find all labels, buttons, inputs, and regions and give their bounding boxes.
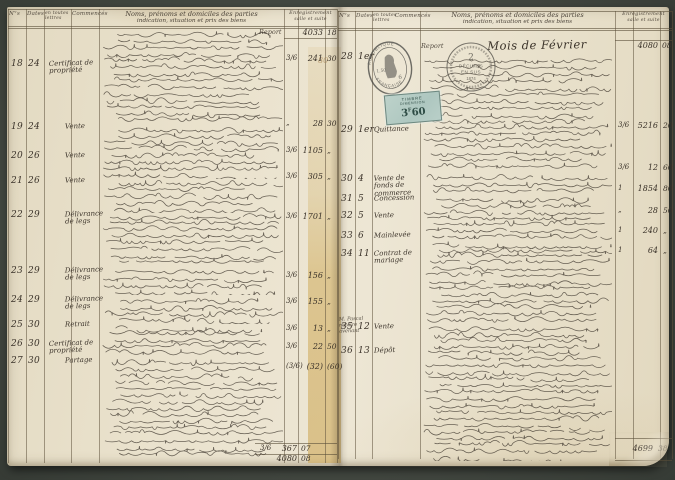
- register-paper: N°sDatesen toutes lettresCommencésN°sDat…: [7, 7, 669, 466]
- main-header-details: indication, situation et prix des biens: [420, 19, 615, 25]
- header-rule: [338, 30, 672, 31]
- total-centimes: 07: [301, 445, 311, 453]
- row-nature: Quittance: [374, 125, 418, 134]
- row-date: 24: [28, 123, 44, 132]
- decimes-stamp: 2 DÉCIMES EN SUS 1874: [445, 41, 497, 93]
- total-tarif: 3/6: [260, 445, 271, 452]
- entry-scribble: [101, 340, 283, 356]
- carry-francs: 4080: [267, 455, 297, 463]
- decimes-big: 2: [468, 53, 474, 63]
- entry-scribble: [101, 356, 283, 458]
- gutter-shadow: [330, 7, 348, 466]
- row-nature: Vente: [65, 151, 103, 160]
- row-nature: Contrat de mariage: [374, 249, 418, 265]
- amount-francs: 64: [633, 247, 658, 255]
- stamp-value-left: 1.50: [376, 67, 387, 74]
- dimension-stamp: TIMBRE DIMENSION 3F60: [384, 91, 442, 126]
- column-rule: [44, 9, 45, 463]
- row-nature: Délivrance de legs: [65, 210, 103, 226]
- row-nature: Délivrance de legs: [65, 295, 103, 311]
- col-header-no: N°s: [9, 12, 26, 18]
- row-date: 29: [28, 211, 44, 220]
- amount-tarif: 3/6: [286, 343, 297, 350]
- main-header-parties: Noms, prénoms et domiciles des parties: [420, 12, 615, 19]
- amount-francs: 13: [299, 325, 323, 333]
- entry-scribble: [101, 177, 283, 213]
- col-header-date: Dates: [27, 12, 44, 18]
- column-rule: [26, 9, 27, 463]
- row-date: 24: [28, 60, 44, 69]
- amount-francs: 1701: [299, 213, 323, 221]
- enreg-header: Enregistrement: [615, 12, 672, 17]
- amount-tarif: 3/6: [286, 272, 297, 279]
- row-number: 18: [11, 60, 26, 69]
- amount-tarif: 3/6: [618, 164, 629, 171]
- column-rule: [284, 9, 285, 463]
- row-number: 24: [11, 296, 26, 305]
- column-rule: [99, 9, 100, 463]
- row-date: 6: [358, 232, 374, 241]
- row-nature: Mainlevée: [374, 231, 418, 240]
- amount-tarif: 1: [618, 247, 622, 254]
- entry-scribble: [101, 266, 283, 295]
- amount-tarif: 3/6: [286, 325, 297, 332]
- amount-francs: 155: [299, 298, 323, 306]
- column-rule: [672, 11, 673, 459]
- row-number: 21: [11, 177, 26, 186]
- amount-centimes: 80: [663, 185, 673, 193]
- row-date: 26: [28, 177, 44, 186]
- amount-tarif: 3/6: [286, 298, 297, 305]
- row-nature: Certificat de propriété: [49, 339, 103, 356]
- entry-scribble: [101, 28, 283, 123]
- stamp-value-right: 6: [398, 75, 403, 81]
- row-date: 30: [28, 357, 44, 366]
- amount-francs: 156: [299, 272, 323, 280]
- entry-scribble: [422, 172, 612, 195]
- total-francs: 367: [273, 445, 297, 453]
- row-date: 13: [358, 347, 374, 356]
- row-date: 5: [358, 212, 374, 221]
- amount-francs: 5216: [633, 122, 658, 130]
- amount-centimes: „: [663, 227, 667, 235]
- row-number: 20: [11, 152, 26, 161]
- row-nature: Concession: [374, 194, 418, 203]
- main-header-details: indication, situation et prix des biens: [99, 18, 284, 24]
- amount-centimes: 50: [663, 207, 673, 215]
- decimes-line1: DÉCIMES: [459, 63, 483, 69]
- row-date: 29: [28, 267, 44, 276]
- amount-francs: 28: [633, 207, 658, 215]
- entry-scribble: [422, 120, 612, 169]
- column-rule: [298, 9, 299, 463]
- row-nature: Vente: [65, 122, 103, 131]
- report-centimes: 08: [662, 42, 672, 50]
- justice-figure-icon: [383, 54, 397, 79]
- entry-scribble: [101, 150, 283, 179]
- amount-francs: 1105: [299, 147, 323, 155]
- entry-scribble: [101, 295, 283, 324]
- report-label: Report: [421, 43, 444, 50]
- row-nature: Dépôt: [374, 346, 418, 355]
- carry-centimes: 08: [301, 455, 311, 463]
- row-nature: Retrait: [65, 320, 103, 329]
- header-rule: [8, 26, 337, 27]
- row-number: 19: [11, 123, 26, 132]
- amount-centimes: 60: [663, 164, 673, 172]
- amount-tarif: 1: [618, 185, 622, 192]
- amount-francs: 22: [299, 343, 323, 351]
- row-nature: Délivrance de legs: [65, 266, 103, 282]
- report-francs: 4033: [295, 29, 323, 37]
- row-nature: Vente: [374, 211, 418, 220]
- decimes-year: 1874: [466, 76, 476, 81]
- amount-tarif: „: [618, 207, 622, 214]
- entry-scribble: [422, 249, 612, 325]
- amount-tarif: 3/6: [286, 173, 297, 180]
- enreg-header-sub: salle et suite: [615, 19, 672, 24]
- amount-tarif: „: [286, 120, 290, 127]
- row-number: 22: [11, 211, 26, 220]
- column-rule: [8, 9, 9, 463]
- amount-francs: 28: [299, 120, 323, 128]
- row-date: 30: [28, 321, 44, 330]
- scanned-register-background: N°sDatesen toutes lettresCommencésN°sDat…: [0, 0, 675, 480]
- amount-tarif: 3/6: [286, 55, 297, 62]
- row-date: 11: [358, 250, 374, 259]
- row-date: 5: [358, 195, 374, 204]
- row-nature: Certificat de propriété: [49, 59, 103, 76]
- amount-francs: 1854: [633, 185, 658, 193]
- column-rule: [420, 11, 421, 459]
- amount-francs: 12: [633, 164, 658, 172]
- column-rule: [325, 9, 326, 463]
- amount-francs: 240: [633, 227, 658, 235]
- stamp-value-cents: 60: [411, 106, 426, 118]
- amount-tarif: 1: [618, 227, 622, 234]
- row-number: 23: [11, 267, 26, 276]
- row-date: 1er: [358, 126, 374, 135]
- col-header-nature: Commencés: [395, 14, 423, 20]
- col-header-date: Dates: [356, 14, 373, 20]
- row-date: 26: [28, 152, 44, 161]
- row-nature: Partage: [65, 356, 103, 365]
- amount-francs: 305: [299, 173, 323, 181]
- row-date: 4: [358, 175, 374, 184]
- entry-scribble: [422, 346, 612, 461]
- main-header-parties: Noms, prénoms et domiciles des parties: [99, 11, 284, 18]
- row-number: 26: [11, 340, 26, 349]
- row-number: 25: [11, 321, 26, 330]
- row-number: 27: [11, 357, 26, 366]
- header-rule: [338, 28, 672, 29]
- row-date: 29: [28, 296, 44, 305]
- report-francs: 4080: [631, 42, 658, 50]
- column-rule: [71, 9, 72, 463]
- amount-centimes: „: [663, 247, 667, 255]
- amount-tarif: 3/6: [286, 147, 297, 154]
- column-rule: [615, 11, 616, 459]
- column-rule: [660, 11, 661, 459]
- row-nature: Vente: [374, 322, 418, 331]
- col-header-lettres: en toutes lettres: [45, 12, 72, 22]
- row-nature: Vente: [65, 176, 103, 185]
- amount-centimes: 20: [663, 122, 673, 130]
- col-header-nature: Commencés: [72, 12, 100, 18]
- row-date: 30: [28, 340, 44, 349]
- entry-scribble: [101, 210, 283, 266]
- amount-tarif: 3/6: [286, 213, 297, 220]
- amount-francs: 241: [299, 55, 323, 63]
- entry-scribble: [101, 123, 283, 152]
- decimes-line2: EN SUS: [461, 70, 481, 75]
- amount-tarif: 3/6: [618, 122, 629, 129]
- amount-francs: (32): [299, 363, 323, 371]
- oval-fiscal-stamp: RÉPUBLIQUE FRANÇAISE 1.50 6: [363, 37, 417, 98]
